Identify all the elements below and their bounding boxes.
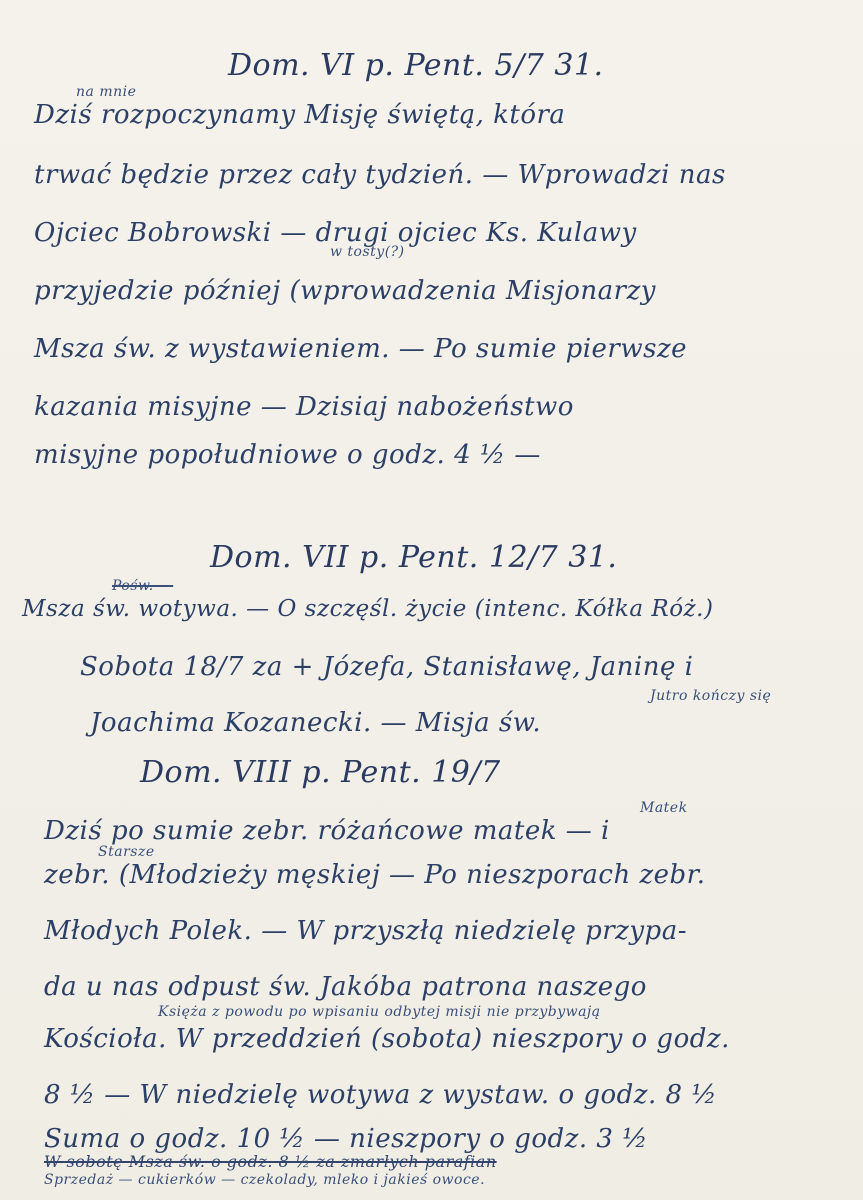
entry-3-line-3: Młodych Polek. — W przyszłą niedzielę pr… (44, 916, 687, 946)
entry-3-line-2: zebr. (Młodzieży męskiej — Po nieszporac… (44, 860, 706, 890)
entry-2-insertion: Pośw. — (112, 578, 173, 594)
entry-1-line-6: kazania misyjne — Dzisiaj nabożeństwo (34, 392, 574, 422)
entry-2-line-1: Msza św. wotywa. — O szczęśl. życie (int… (22, 596, 713, 622)
entry-1-line-7: misyjne popołudniowe o godz. 4 ½ — (34, 440, 541, 470)
entry-3-insertion-1: Matek (640, 800, 688, 816)
entry-3-line-4: da u nas odpust św. Jakóba patrona nasze… (44, 972, 647, 1002)
entry-3-line-7: Suma o godz. 10 ½ — nieszpory o godz. 3 … (44, 1124, 648, 1154)
entry-1-insertion: na mnie (76, 84, 136, 100)
entry-3-insertion-2: Starsze (98, 844, 155, 860)
entry-1-line-2: trwać będzie przez cały tydzień. — Wprow… (34, 160, 726, 190)
entry-1-heading: Dom. VI p. Pent. 5/7 31. (228, 48, 604, 83)
entry-3-heading: Dom. VIII p. Pent. 19/7 (140, 755, 501, 790)
entry-1-line-1: Dziś rozpoczynamy Misję świętą, która (34, 100, 565, 130)
entry-3-line-6: 8 ½ — W niedzielę wotywa z wystaw. o god… (44, 1080, 717, 1110)
entry-3-line-1: Dziś po sumie zebr. różańcowe matek — i (44, 816, 610, 846)
entry-2-line-3: Joachima Kozanecki. — Misja św. (90, 708, 541, 738)
entry-3-interlinear-note: Księża z powodu po wpisaniu odbytej misj… (158, 1004, 601, 1020)
manuscript-page: Dom. VI p. Pent. 5/7 31. na mnie Dziś ro… (0, 0, 863, 1200)
entry-2-heading: Dom. VII p. Pent. 12/7 31. (210, 540, 617, 575)
entry-3-struck-line: W sobotę Msza św. o godz. 8 ½ za zmarłyc… (44, 1152, 497, 1171)
entry-2-line-2: Sobota 18/7 za + Józefa, Stanisławę, Jan… (80, 652, 693, 682)
entry-3-line-5: Kościoła. W przeddzień (sobota) nieszpor… (44, 1024, 730, 1054)
entry-2-margin-note: Jutro kończy się (650, 688, 771, 704)
entry-1-insertion-2: w tosty(?) (330, 244, 405, 260)
entry-1-line-4: przyjedzie później (wprowadzenia Misjona… (34, 276, 656, 306)
entry-1-line-5: Msza św. z wystawieniem. — Po sumie pier… (34, 334, 687, 364)
entry-3-footer-note: Sprzedaż — cukierków — czekolady, mleko … (44, 1172, 485, 1188)
